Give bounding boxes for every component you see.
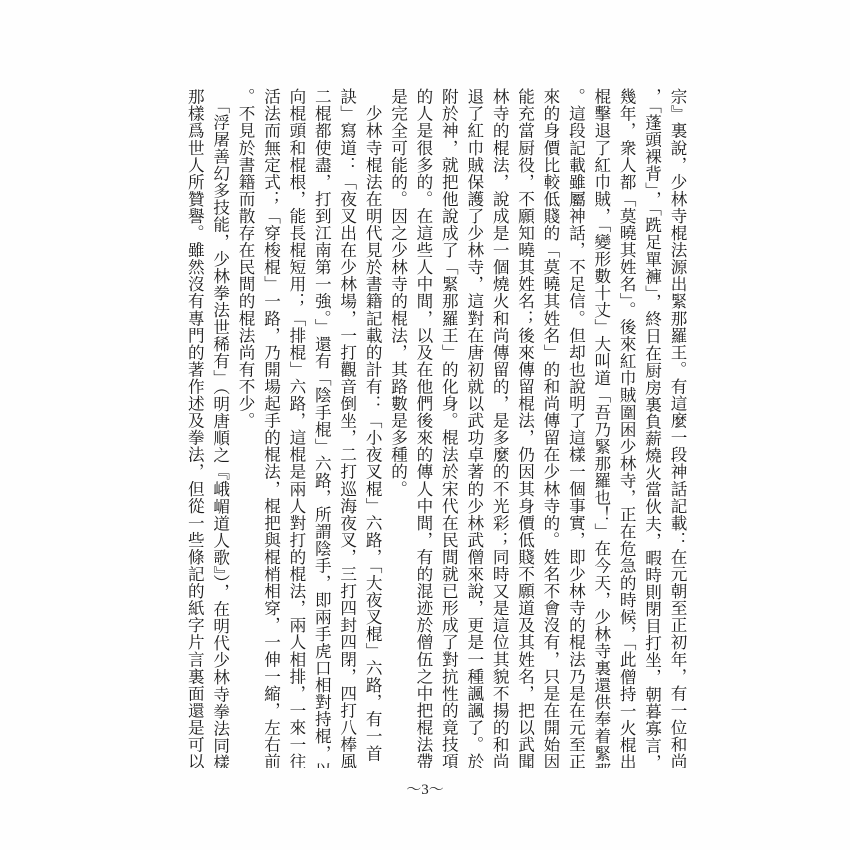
text-column: 活法而無定式；「穿梭棍」一路，乃開場起手的棍法，棍把與棍梢相穿，一伸一縮，左右前… [258, 88, 283, 768]
text-column: 那樣爲世人所贊譽。雖然沒有專門的著作述及拳法，但從一些條記的紙字片言裏面還是可以… [182, 88, 207, 768]
text-column: 向棍頭和棍根，能長棍短用；「排棍」六路，這棍是兩人對打的棍法，兩人相排，一來一往… [284, 88, 309, 768]
text-column: 少林寺棍法在明代見於書籍記載的計有：「小夜叉棍」六路，「大夜叉棍」六路，有一首「… [360, 88, 385, 768]
text-column: 附於神，就把他說成了「緊那羅王」的化身。棍法於宋代在民間就已形成了對抗性的竟技項… [436, 88, 461, 768]
text-column: 宗』裏說，少林寺棍法源出緊那羅王。有這麼一段神話記載：在元朝至正初年，有一位和尚… [665, 88, 690, 768]
text-column: 二棍都使盡，打到江南第一強。」還有「陰手棍」六路，所謂陰手，即兩手虎口相對持棍，… [309, 88, 334, 768]
text-column: 訣」寫道：「夜叉出在少林場，一打觀音倒坐，二打巡海夜叉，三打四封四閉，四打八棒風… [334, 88, 359, 768]
text-column: 「浮屠善幻多技能，少林拳法世稀有」（明唐順之『峨嵋道人歌』），在明代少林寺拳法同… [207, 88, 232, 768]
text-column: ，「蓬頭裸背」，「跣足單褲」，終日在厨房裏負薪燒火當伙夫，暇時則閉目打坐，朝暮寡… [639, 88, 664, 768]
text-column: 退了紅巾賊保護了少林寺，這對在唐初就以武功卓著的少林武僧來說，更是一種諷諷了。於… [461, 88, 486, 768]
text-column: 。這段記載雖屬神話，不足信。但却也說明了這樣一個事實，即少林寺的棍法乃是在元至正… [563, 88, 588, 768]
text-column: 。不見於書籍而散存在民間的棍法尚有不少。 [233, 88, 258, 768]
text-column: 林寺的棍法，說成是一個燒火和尚傳留的，是多麼的不光彩；同時又是這位其貌不揚的和尚… [487, 88, 512, 768]
text-column: 幾年，衆人都「莫曉其姓名」。後來紅巾賊圍困少林寺，正在危急的時候，「此僧持一火棍… [614, 88, 639, 768]
text-column: 的人是很多的。在這些人中間，以及在他們後來的傳人中間，有的混迹於僧伍之中把棍法帶… [411, 88, 436, 768]
book-page: 宗』裏說，少林寺棍法源出緊那羅王。有這麼一段神話記載：在元朝至正初年，有一位和尚… [0, 0, 850, 850]
text-column: 是完全可能的。因之少林寺的棍法，其路數是多種的。 [385, 88, 410, 768]
text-column: 棍擊退了紅巾賊，「變形數十丈」大叫道「吾乃緊那羅也！」在今天，少林寺裏還供奉着緊… [588, 88, 613, 768]
text-column: 來的身價比較低賤的「莫曉其姓名」的和尚傳留在少林寺的。姓名不會沒有，只是在開始因… [538, 88, 563, 768]
text-column: 能充當厨役，不願知曉其姓名；後來傳留棍法，仍因其身價低賤不願道及其姓名，把以武聞… [512, 88, 537, 768]
page-number: ～3～ [0, 778, 850, 799]
vertical-text-body: 宗』裏說，少林寺棍法源出緊那羅王。有這麼一段神話記載：在元朝至正初年，有一位和尚… [180, 88, 690, 768]
